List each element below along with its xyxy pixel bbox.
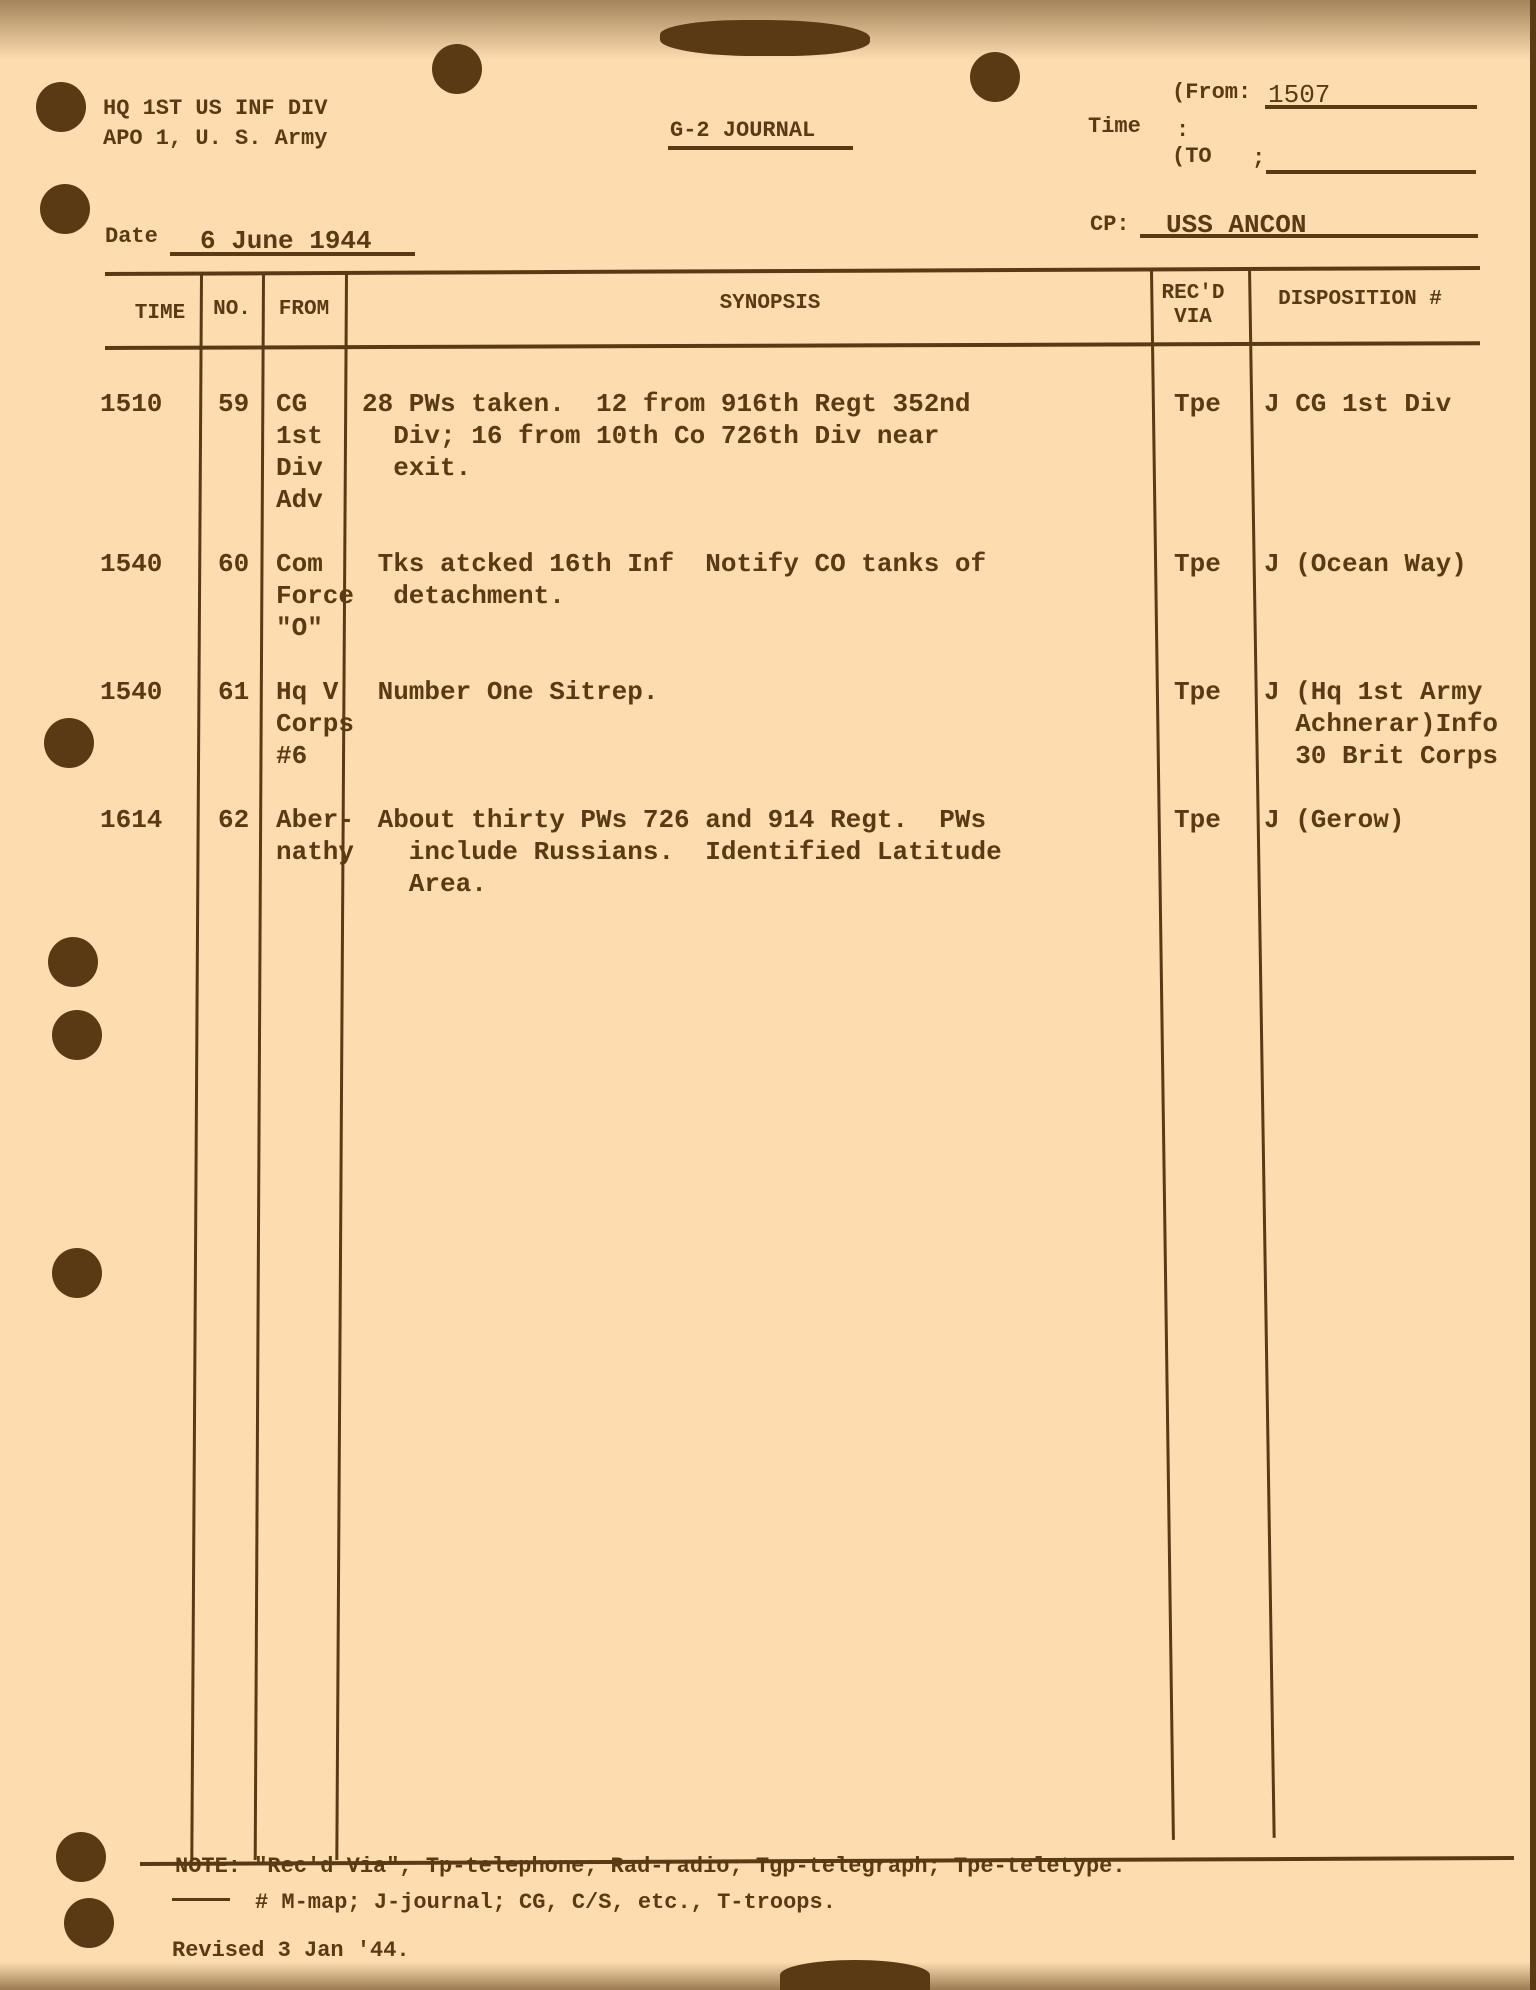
entry-disposition: J (Ocean Way): [1264, 548, 1467, 580]
time-colon: :: [1176, 118, 1189, 143]
scan-blot-top: [660, 20, 870, 56]
col-header-disposition: DISPOSITION #: [1250, 288, 1470, 312]
table-top-rule: [105, 266, 1480, 276]
punch-hole: [56, 1832, 106, 1882]
punch-hole: [40, 184, 90, 234]
footer-note-line-1: NOTE: "Rec'd Via", Tp-telephone; Rad-rad…: [175, 1854, 1126, 1879]
entry-received-via: Tpe: [1174, 804, 1221, 836]
punch-hole: [432, 44, 482, 94]
entry-synopsis: About thirty PWs 726 and 914 Regt. PWs i…: [362, 804, 1002, 900]
entry-time: 1540: [100, 676, 162, 708]
entry-disposition: J CG 1st Div: [1264, 388, 1451, 420]
entry-number: 62: [218, 804, 249, 836]
col-header-from: FROM: [264, 298, 344, 322]
date-underline: [170, 252, 415, 256]
entry-from: Hq V Corps #6: [276, 676, 354, 772]
punch-hole: [52, 1248, 102, 1298]
col-divider-no: [254, 274, 265, 1860]
time-to-label: (TO: [1172, 144, 1212, 169]
note-underline: [172, 1898, 230, 1901]
entry-number: 59: [218, 388, 249, 420]
title-underline: [668, 146, 853, 150]
page-edge: [1530, 0, 1536, 1990]
punch-hole: [52, 1010, 102, 1060]
entry-received-via: Tpe: [1174, 388, 1221, 420]
entry-from: Com Force "O": [276, 548, 354, 644]
time-from-label: (From:: [1172, 80, 1251, 105]
col-divider-time: [190, 274, 203, 1860]
punch-hole: [36, 82, 86, 132]
entry-number: 61: [218, 676, 249, 708]
entry-from: Aber- nathy: [276, 804, 354, 868]
time-from-baseline: [1265, 105, 1477, 109]
time-to-colon: ;: [1252, 146, 1265, 171]
time-label: Time: [1088, 114, 1141, 139]
col-divider-via: [1248, 268, 1276, 1838]
punch-hole: [44, 718, 94, 768]
entry-disposition: J (Gerow): [1264, 804, 1404, 836]
org-line-1: HQ 1ST US INF DIV: [103, 96, 327, 121]
entry-synopsis: 28 PWs taken. 12 from 916th Regt 352nd D…: [362, 388, 971, 484]
table-header-rule: [105, 341, 1480, 350]
cp-label: CP:: [1090, 212, 1130, 237]
revised-date: Revised 3 Jan '44.: [172, 1938, 410, 1963]
entry-from: CG 1st Div Adv: [276, 388, 323, 516]
col-header-time: TIME: [120, 302, 200, 326]
entry-time: 1540: [100, 548, 162, 580]
scan-smudge-bottom: [0, 1962, 1536, 1990]
punch-hole: [48, 937, 98, 987]
entry-received-via: Tpe: [1174, 676, 1221, 708]
cp-underline: [1140, 234, 1478, 238]
page-title: G-2 JOURNAL: [670, 118, 815, 143]
date-label: Date: [105, 224, 158, 249]
punch-hole: [970, 52, 1020, 102]
col-divider-from: [335, 274, 348, 1860]
time-to-baseline: [1266, 170, 1476, 174]
entry-time: 1614: [100, 804, 162, 836]
entry-synopsis: Number One Sitrep.: [362, 676, 658, 708]
col-header-no: NO.: [202, 298, 262, 322]
col-header-via: REC'D VIA: [1152, 282, 1234, 330]
entry-received-via: Tpe: [1174, 548, 1221, 580]
col-divider-synopsis: [1150, 270, 1175, 1840]
entry-synopsis: Tks atcked 16th Inf Notify CO tanks of d…: [362, 548, 986, 612]
org-line-2: APO 1, U. S. Army: [103, 126, 327, 151]
footer-note-line-2: # M-map; J-journal; CG, C/S, etc., T-tro…: [255, 1890, 836, 1915]
entry-number: 60: [218, 548, 249, 580]
entry-disposition: J (Hq 1st Army Achnerar)Info 30 Brit Cor…: [1264, 676, 1498, 772]
col-header-synopsis: SYNOPSIS: [600, 292, 940, 316]
scan-blot-bottom: [780, 1960, 930, 1990]
punch-hole: [64, 1898, 114, 1948]
entry-time: 1510: [100, 388, 162, 420]
